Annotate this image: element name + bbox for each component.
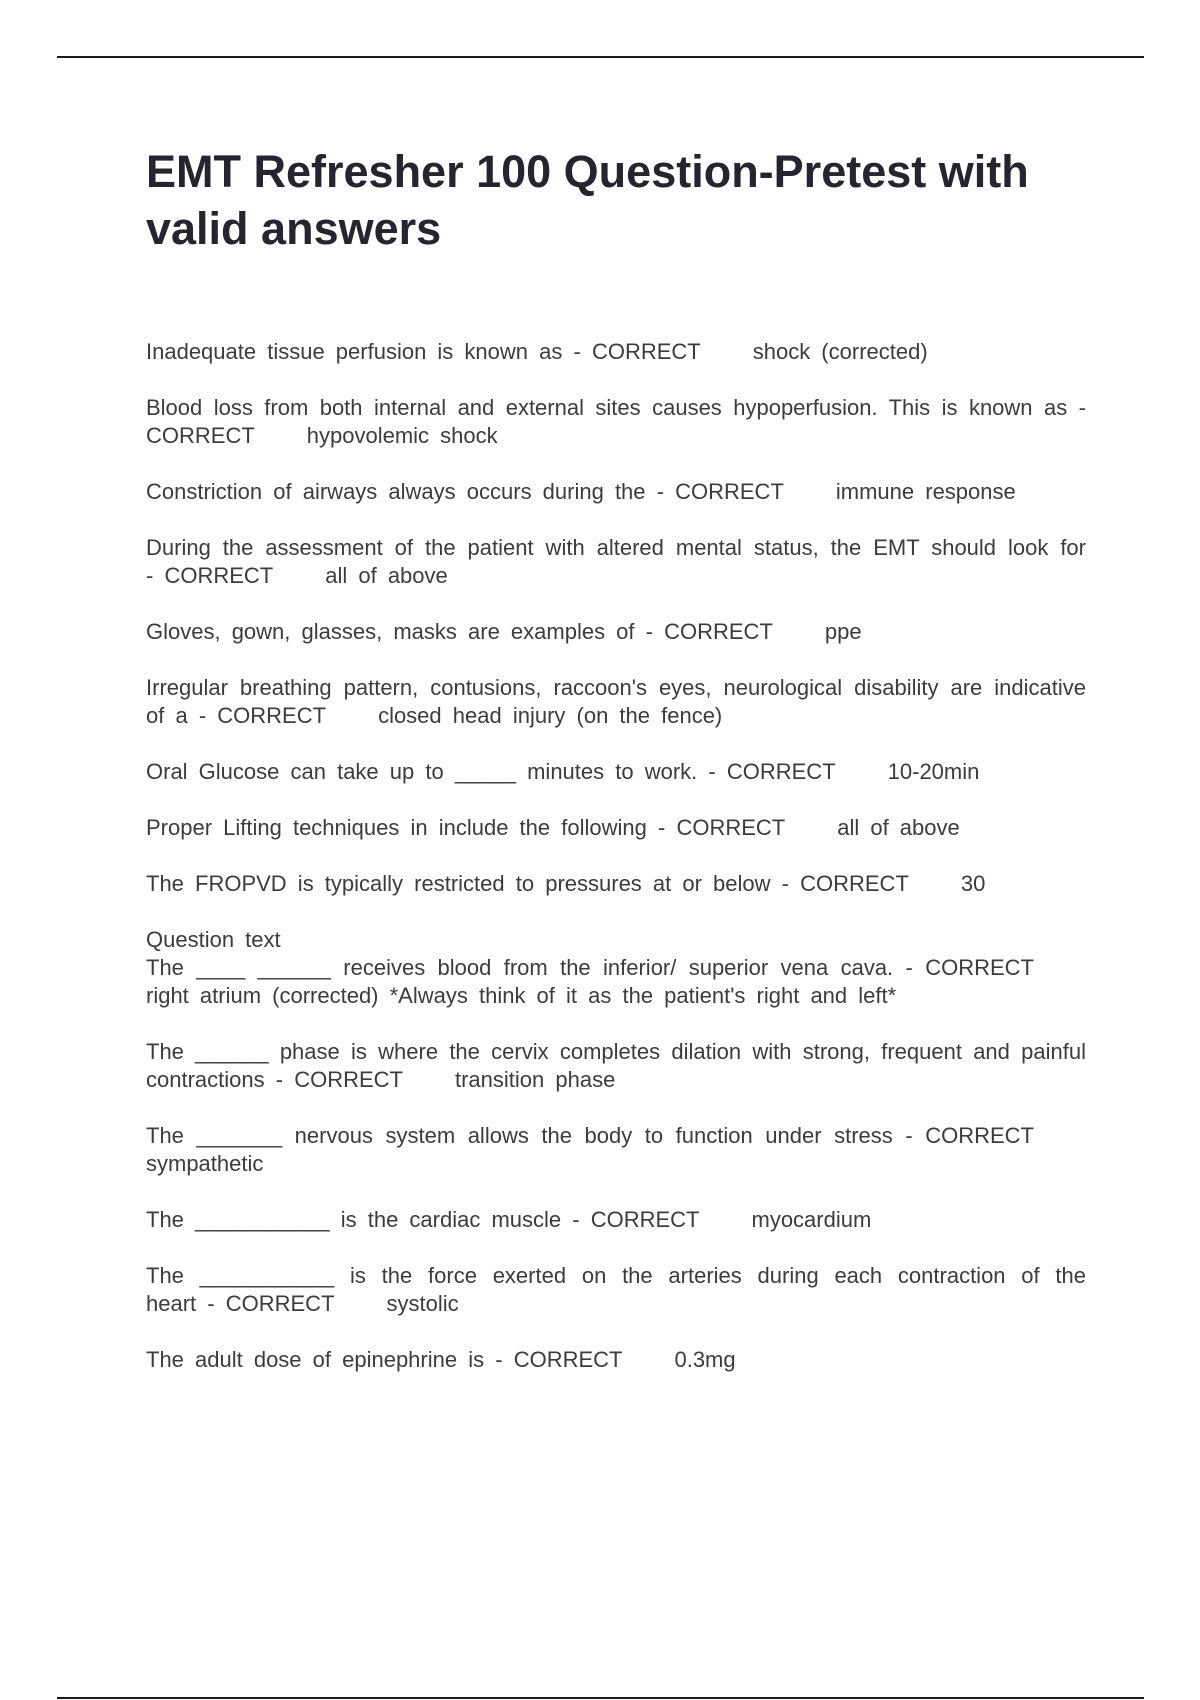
answer-text: 30 xyxy=(961,871,985,896)
question-text: The FROPVD is typically restricted to pr… xyxy=(146,871,771,896)
answer-label: CORRECT xyxy=(514,1347,623,1372)
separator: - xyxy=(708,759,715,784)
separator: - xyxy=(573,339,580,364)
answer-label: CORRECT xyxy=(800,871,909,896)
separator: - xyxy=(658,815,665,840)
answer-label: CORRECT xyxy=(146,423,255,448)
question-text: Proper Lifting techniques in include the… xyxy=(146,815,647,840)
question-text: Gloves, gown, glasses, masks are example… xyxy=(146,619,635,644)
question-text: Inadequate tissue perfusion is known as xyxy=(146,339,562,364)
separator: - xyxy=(495,1347,502,1372)
question-text: The ______ phase is where the cervix com… xyxy=(146,1039,1086,1092)
answer-text: all of above xyxy=(325,563,448,588)
answer-text: sympathetic xyxy=(146,1151,263,1176)
answer-text: ppe xyxy=(825,619,862,644)
answer-text: systolic xyxy=(387,1291,459,1316)
separator: - xyxy=(646,619,653,644)
separator: - xyxy=(906,955,913,980)
qa-item: Proper Lifting techniques in include the… xyxy=(146,814,1086,842)
answer-label: CORRECT xyxy=(294,1067,403,1092)
separator: - xyxy=(207,1291,214,1316)
qa-item: Inadequate tissue perfusion is known as … xyxy=(146,338,1086,366)
qa-item: Irregular breathing pattern, contusions,… xyxy=(146,674,1086,730)
separator: - xyxy=(905,1123,912,1148)
separator: - xyxy=(276,1067,283,1092)
answer-text: 0.3mg xyxy=(674,1347,735,1372)
separator: - xyxy=(572,1207,579,1232)
qa-item: The ______ phase is where the cervix com… xyxy=(146,1038,1086,1094)
qa-item: Oral Glucose can take up to _____ minute… xyxy=(146,758,1086,786)
qa-item: During the assessment of the patient wit… xyxy=(146,534,1086,590)
answer-text: transition phase xyxy=(455,1067,615,1092)
question-text: Blood loss from both internal and extern… xyxy=(146,395,1067,420)
qa-item: Constriction of airways always occurs du… xyxy=(146,478,1086,506)
question-list: Inadequate tissue perfusion is known as … xyxy=(146,338,1086,1402)
answer-text: 10-20min xyxy=(888,759,980,784)
question-prefix: Question text xyxy=(146,926,1086,954)
answer-text: immune response xyxy=(836,479,1016,504)
answer-label: CORRECT xyxy=(727,759,836,784)
qa-item: The adult dose of epinephrine is - CORRE… xyxy=(146,1346,1086,1374)
answer-label: CORRECT xyxy=(675,479,784,504)
question-text: The ____ ______ receives blood from the … xyxy=(146,955,893,980)
separator: - xyxy=(657,479,664,504)
answer-label: CORRECT xyxy=(217,703,326,728)
answer-label: CORRECT xyxy=(676,815,785,840)
answer-label: CORRECT xyxy=(226,1291,335,1316)
question-text: The adult dose of epinephrine is xyxy=(146,1347,484,1372)
qa-item: Gloves, gown, glasses, masks are example… xyxy=(146,618,1086,646)
separator: - xyxy=(199,703,206,728)
answer-label: CORRECT xyxy=(591,1207,700,1232)
question-text: During the assessment of the patient wit… xyxy=(146,535,1086,560)
answer-label: CORRECT xyxy=(664,619,773,644)
answer-text: shock (corrected) xyxy=(753,339,928,364)
question-text: The ___________ is the cardiac muscle xyxy=(146,1207,561,1232)
answer-label: CORRECT xyxy=(925,1123,1034,1148)
separator: - xyxy=(1079,395,1086,420)
question-text: The _______ nervous system allows the bo… xyxy=(146,1123,893,1148)
answer-text: closed head injury (on the fence) xyxy=(378,703,722,728)
question-text: Constriction of airways always occurs du… xyxy=(146,479,646,504)
qa-item: The _______ nervous system allows the bo… xyxy=(146,1122,1086,1178)
qa-item: The ___________ is the cardiac muscle - … xyxy=(146,1206,1086,1234)
qa-item: The ___________ is the force exerted on … xyxy=(146,1262,1086,1318)
question-text: Oral Glucose can take up to _____ minute… xyxy=(146,759,697,784)
separator: - xyxy=(146,563,153,588)
answer-label: CORRECT xyxy=(592,339,701,364)
separator: - xyxy=(782,871,789,896)
qa-item: Blood loss from both internal and extern… xyxy=(146,394,1086,450)
document-title: EMT Refresher 100 Question-Pretest with … xyxy=(146,143,1096,257)
answer-text: right atrium (corrected) *Always think o… xyxy=(146,983,896,1008)
header-rule xyxy=(57,56,1144,58)
answer-text: all of above xyxy=(837,815,960,840)
qa-item: Question textThe ____ ______ receives bl… xyxy=(146,926,1086,1010)
answer-text: hypovolemic shock xyxy=(307,423,498,448)
answer-text: myocardium xyxy=(752,1207,872,1232)
footer-rule xyxy=(57,1697,1144,1699)
qa-item: The FROPVD is typically restricted to pr… xyxy=(146,870,1086,898)
answer-label: CORRECT xyxy=(164,563,273,588)
answer-label: CORRECT xyxy=(925,955,1034,980)
